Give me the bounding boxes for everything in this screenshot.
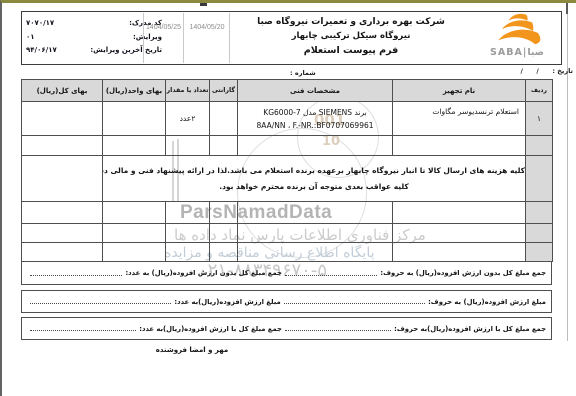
page-edge-line [567, 11, 568, 341]
doc-last-edit-value: ۹۴/۰۶/۱۷ [26, 44, 57, 58]
saba-logo-text: SABA|صبا [474, 47, 560, 58]
company-title-block: شرکت بهره برداری و تعمیرات نیروگاه صبا ن… [232, 15, 470, 56]
dotted-leader [285, 330, 391, 331]
cell-warranty [210, 102, 238, 136]
cell-qty: ۲عدد [166, 102, 210, 136]
table-empty-row [22, 243, 553, 262]
col-header-total-price: بهای کل(ریال) [22, 80, 103, 102]
table-row: ۱ استعلام ترنسدیوسر مگاوات برند SIEMENS … [22, 102, 553, 136]
total-with-vat-words-label: جمع مبلغ کل با ارزش افزوده(ریال)به حروف: [394, 325, 546, 333]
summary-vat-amount: مبلغ ارزش افزوده(ریال) به حروف: مبلغ ارز… [21, 290, 552, 313]
company-name: شرکت بهره برداری و تعمیرات نیروگاه صبا [232, 17, 470, 27]
shipping-note-cell: کلیه هزینه های ارسال کالا تا انبار نیروگ… [103, 156, 526, 202]
table-empty-row [22, 202, 553, 224]
dotted-leader [30, 303, 171, 304]
dotted-leader [30, 330, 136, 331]
total-without-vat-words-label: جمع مبلغ کل بدون ارزش افزوده(ریال) به حر… [380, 269, 546, 277]
col-header-equipment: نام تجهیز [393, 80, 526, 102]
note-line2: کلیه عواقب بعدی متوجه آن برنده محترم خوا… [103, 179, 525, 195]
stamp-date-2: 1404/05/20 [185, 13, 230, 63]
saba-logo: SABA|صبا [474, 13, 560, 65]
table-empty-row [22, 136, 553, 156]
inquiry-items-table: ردیف نام تجهیز مشخصات فنی گارانتی تعداد … [21, 79, 553, 262]
inquiry-form-page: 001 10 ParsNamadData مرکز فناوری اطلاعات… [0, 0, 576, 396]
dotted-leader [285, 275, 377, 276]
seller-signature-label: مهر و امضا فروشنده [140, 346, 244, 354]
form-title: فرم پیوست استعلام [232, 45, 470, 56]
number-field: شماره : [290, 69, 316, 77]
document-meta-block: کد مدرک: ۷۰۷۰/۱۷ ویرایش: ۰۱ تاریخ آخرین … [26, 17, 162, 58]
cell-row-number: ۱ [526, 102, 553, 136]
saba-logo-icon [488, 13, 546, 49]
specs-line1: برند SIEMENS مدل KG6000-7 [238, 106, 392, 119]
total-with-vat-digits-label: جمع مبلغ کل با ارزش افزوده(ریال)به عدد: [139, 325, 282, 333]
doc-revision-value: ۰۱ [26, 31, 35, 45]
table-header-row: ردیف نام تجهیز مشخصات فنی گارانتی تعداد … [22, 80, 553, 102]
table-empty-row [22, 224, 553, 243]
doc-code-value: ۷۰۷۰/۱۷ [26, 17, 54, 31]
form-header: کد مدرک: ۷۰۷۰/۱۷ ویرایش: ۰۱ تاریخ آخرین … [21, 11, 562, 65]
total-without-vat-digits-label: جمع مبلغ کل بدون ارزش افزوده(ریال) به عد… [125, 269, 281, 277]
col-header-warranty: گارانتی [210, 80, 238, 102]
cell-total-price [22, 102, 103, 136]
note-total-price-cell [22, 156, 103, 202]
note-row-number-cell [526, 156, 553, 202]
cell-equipment: استعلام ترنسدیوسر مگاوات [393, 102, 526, 136]
col-header-unit-price: بهای واحد(ریال) [103, 80, 166, 102]
scan-mark [200, 3, 207, 6]
vat-digits-label: مبلغ ارزش افزوده(ریال)به عدد: [174, 298, 280, 306]
specs-line2: 8AA/NN ، F.-NR.:BF0707069961 [238, 119, 392, 132]
col-header-row-number: ردیف [526, 80, 553, 102]
cell-specs: برند SIEMENS مدل KG6000-7 8AA/NN ، F.-NR… [238, 102, 393, 136]
vat-words-label: مبلغ ارزش افزوده(ریال) به حروف: [428, 298, 546, 306]
note-line1: کلیه هزینه های ارسال کالا تا انبار نیروگ… [103, 163, 525, 179]
summary-total-without-vat: جمع مبلغ کل بدون ارزش افزوده(ریال) به حر… [21, 261, 552, 285]
col-header-specs: مشخصات فنی [238, 80, 393, 102]
col-header-qty: تعداد یا مقدار [166, 80, 210, 102]
scan-mark [566, 3, 568, 14]
table-note-row: کلیه هزینه های ارسال کالا تا انبار نیروگ… [22, 156, 553, 202]
summary-total-with-vat: جمع مبلغ کل با ارزش افزوده(ریال)به حروف:… [21, 317, 552, 340]
stamp-date-1: 1404/05/25 [143, 13, 184, 63]
dotted-leader [284, 303, 425, 304]
dotted-leader [30, 275, 122, 276]
plant-name: نیروگاه سیکل ترکیبی چابهار [232, 31, 470, 41]
date-field: تاریخ : / / [520, 67, 573, 75]
cell-unit-price [103, 102, 166, 136]
